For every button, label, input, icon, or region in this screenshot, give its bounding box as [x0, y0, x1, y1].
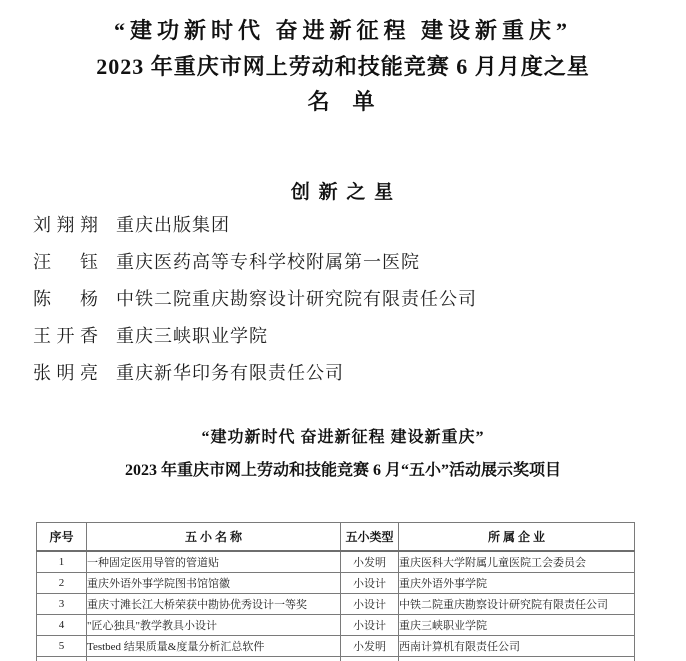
- cell-name: "匠心独具"教学教具小设计: [87, 615, 341, 636]
- cell-name: 一种固定医用导管的管道贴: [87, 551, 341, 573]
- section2-title-line1: “建功新时代 奋进新征程 建设新重庆”: [0, 427, 686, 448]
- awardee-name: 刘翔翔: [33, 213, 99, 238]
- awardee-org: 重庆三峡职业学院: [116, 326, 268, 346]
- awardee-org: 重庆出版集团: [116, 215, 230, 235]
- cell-no: [37, 657, 87, 661]
- cell-type: 小发明: [341, 636, 399, 657]
- awardee-name: 陈 杨: [33, 287, 99, 312]
- table-row-partial: [37, 657, 635, 661]
- cell-no: 1: [37, 551, 87, 573]
- awardee-name: 张明亮: [33, 361, 99, 386]
- doc-title-line1: “建功新时代 奋进新征程 建设新重庆”: [0, 18, 686, 44]
- awardee-org: 中铁二院重庆勘察设计研究院有限责任公司: [116, 289, 477, 309]
- table-row: 1 一种固定医用导管的管道贴 小发明 重庆医科大学附属儿童医院工会委员会: [37, 551, 635, 573]
- header-cell-type: 五小类型: [341, 523, 399, 552]
- cell-org: 重庆医科大学附属儿童医院工会委员会: [399, 551, 635, 573]
- doc-title-name-list: 名 单: [0, 89, 686, 115]
- cell-org: 重庆三峡职业学院: [399, 615, 635, 636]
- table-header-row: 序号 五 小 名 称 五小类型 所 属 企 业: [37, 523, 635, 552]
- table-row: 2 重庆外语外事学院图书馆馆徽 小设计 重庆外语外事学院: [37, 573, 635, 594]
- header-cell-name: 五 小 名 称: [87, 523, 341, 552]
- award-entry: 王开香重庆三峡职业学院: [33, 324, 686, 349]
- cell-org: 中铁二院重庆勘察设计研究院有限责任公司: [399, 594, 635, 615]
- section-innovation-star-title: 创 新 之 星: [0, 180, 686, 205]
- award-entry: 刘翔翔重庆出版集团: [33, 213, 686, 238]
- cell-org: [399, 657, 635, 661]
- table-row: 4 "匠心独具"教学教具小设计 小设计 重庆三峡职业学院: [37, 615, 635, 636]
- table-row: 3 重庆寸滩长江大桥荣获中勘协优秀设计一等奖 小设计 中铁二院重庆勘察设计研究院…: [37, 594, 635, 615]
- document-page: “建功新时代 奋进新征程 建设新重庆” 2023 年重庆市网上劳动和技能竞赛 6…: [0, 0, 686, 661]
- table-row: 5 Testbed 结果质量&度量分析汇总软件 小发明 西南计算机有限责任公司: [37, 636, 635, 657]
- award-entry: 汪 钰重庆医药高等专科学校附属第一医院: [33, 250, 686, 275]
- cell-no: 3: [37, 594, 87, 615]
- award-entry: 陈 杨中铁二院重庆勘察设计研究院有限责任公司: [33, 287, 686, 312]
- doc-title-line2: 2023 年重庆市网上劳动和技能竞赛 6 月月度之星: [0, 54, 686, 80]
- awardee-name: 汪 钰: [33, 250, 99, 275]
- section2-title-line2: 2023 年重庆市网上劳动和技能竞赛 6 月“五小”活动展示奖项目: [0, 460, 686, 481]
- cell-org: 西南计算机有限责任公司: [399, 636, 635, 657]
- cell-name: [87, 657, 341, 661]
- cell-name: 重庆寸滩长江大桥荣获中勘协优秀设计一等奖: [87, 594, 341, 615]
- awardee-name: 王开香: [33, 324, 99, 349]
- cell-name: Testbed 结果质量&度量分析汇总软件: [87, 636, 341, 657]
- cell-name: 重庆外语外事学院图书馆馆徽: [87, 573, 341, 594]
- header-cell-org: 所 属 企 业: [399, 523, 635, 552]
- awardee-org: 重庆新华印务有限责任公司: [116, 363, 344, 383]
- cell-type: 小发明: [341, 551, 399, 573]
- cell-type: 小设计: [341, 594, 399, 615]
- cell-no: 2: [37, 573, 87, 594]
- innovation-star-list: 刘翔翔重庆出版集团 汪 钰重庆医药高等专科学校附属第一医院 陈 杨中铁二院重庆勘…: [33, 213, 686, 386]
- cell-type: 小设计: [341, 615, 399, 636]
- cell-type: [341, 657, 399, 661]
- projects-table: 序号 五 小 名 称 五小类型 所 属 企 业 1 一种固定医用导管的管道贴 小…: [36, 522, 635, 661]
- cell-no: 5: [37, 636, 87, 657]
- cell-org: 重庆外语外事学院: [399, 573, 635, 594]
- cell-no: 4: [37, 615, 87, 636]
- awardee-org: 重庆医药高等专科学校附属第一医院: [116, 252, 420, 272]
- award-entry: 张明亮重庆新华印务有限责任公司: [33, 361, 686, 386]
- cell-type: 小设计: [341, 573, 399, 594]
- header-cell-no: 序号: [37, 523, 87, 552]
